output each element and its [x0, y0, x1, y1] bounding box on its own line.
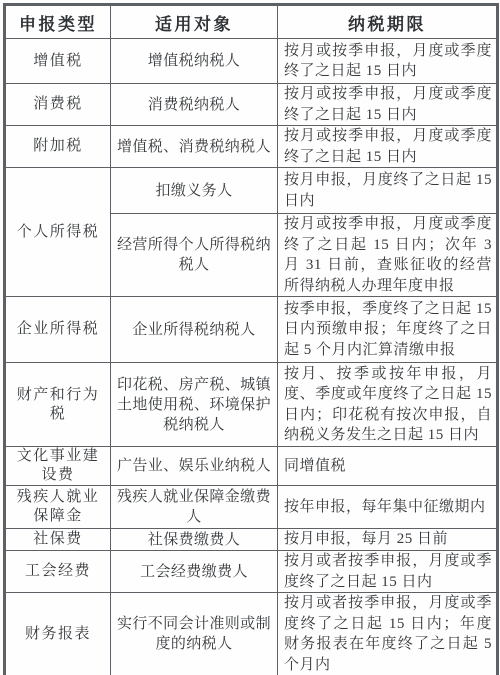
- cell-declaration-type: 财产和行为税: [5, 363, 111, 447]
- column-header-declaration-type: 申报类型: [5, 5, 111, 39]
- cell-tax-deadline: 按月或按季申报，月度或季度终了之日起 15 日内；次年 3 月 31 日前，查账…: [278, 214, 498, 297]
- cell-applicable-object: 工会经费缴费人: [111, 551, 278, 593]
- cell-declaration-type: 财务报表: [5, 593, 111, 675]
- cell-applicable-object: 实行不同会计准则或制度的纳税人: [111, 593, 278, 675]
- column-header-tax-deadline: 纳税期限: [278, 5, 498, 39]
- cell-tax-deadline: 按月、按季或按年申报，月度、季度或年度终了之日起 15 日内；印花税有按次申报，…: [278, 363, 498, 447]
- cell-applicable-object: 企业所得税纳税人: [111, 297, 278, 363]
- cell-tax-deadline: 按月或者按季申报，月度或季度终了之日起 15 日内: [278, 551, 498, 593]
- cell-applicable-object: 增值税、消费税纳税人: [111, 126, 278, 168]
- cell-declaration-type: 残疾人就业保障金: [5, 486, 111, 529]
- cell-applicable-object: 扣缴义务人: [111, 168, 278, 214]
- cell-tax-deadline: 按季申报，季度终了之日起 15 日内预缴申报；年度终了之日起 5 个月内汇算清缴…: [278, 297, 498, 363]
- table-row: 附加税 增值税、消费税纳税人 按月或按季申报，月度或季度终了之日起 15 日内: [5, 126, 498, 168]
- cell-applicable-object: 社保费缴费人: [111, 529, 278, 551]
- tax-filing-table: 申报类型 适用对象 纳税期限 增值税 增值税纳税人 按月或按季申报，月度或季度终…: [3, 3, 499, 675]
- table-row: 残疾人就业保障金 残疾人就业保障金缴费人 按年申报，每年集中征缴期内: [5, 486, 498, 529]
- cell-declaration-type: 企业所得税: [5, 297, 111, 363]
- table-row: 文化事业建设费 广告业、娱乐业纳税人 同增值税: [5, 447, 498, 486]
- cell-declaration-type: 工会经费: [5, 551, 111, 593]
- table-row: 个人所得税 扣缴义务人 按月申报，月度终了之日起 15 日内: [5, 168, 498, 214]
- cell-tax-deadline: 按月或按季申报，月度或季度终了之日起 15 日内: [278, 84, 498, 126]
- cell-declaration-type: 文化事业建设费: [5, 447, 111, 486]
- header-row: 申报类型 适用对象 纳税期限: [5, 5, 498, 39]
- cell-declaration-type: 附加税: [5, 126, 111, 168]
- cell-declaration-type: 个人所得税: [5, 168, 111, 297]
- cell-tax-deadline: 按年申报，每年集中征缴期内: [278, 486, 498, 529]
- cell-declaration-type: 社保费: [5, 529, 111, 551]
- table-row: 工会经费 工会经费缴费人 按月或者按季申报，月度或季度终了之日起 15 日内: [5, 551, 498, 593]
- cell-tax-deadline: 按月申报，每月 25 日前: [278, 529, 498, 551]
- table-row: 消费税 消费税纳税人 按月或按季申报，月度或季度终了之日起 15 日内: [5, 84, 498, 126]
- table-row: 增值税 增值税纳税人 按月或按季申报，月度或季度终了之日起 15 日内: [5, 39, 498, 84]
- cell-tax-deadline: 按月或者按季申报，月度或季度终了之日起 15 日内；年度财务报表在年度终了之日起…: [278, 593, 498, 675]
- table-row: 企业所得税 企业所得税纳税人 按季申报，季度终了之日起 15 日内预缴申报；年度…: [5, 297, 498, 363]
- cell-applicable-object: 消费税纳税人: [111, 84, 278, 126]
- document-page: 申报类型 适用对象 纳税期限 增值税 增值税纳税人 按月或按季申报，月度或季度终…: [0, 0, 500, 675]
- table-row: 财产和行为税 印花税、房产税、城镇土地使用税、环境保护税纳税人 按月、按季或按年…: [5, 363, 498, 447]
- cell-applicable-object: 印花税、房产税、城镇土地使用税、环境保护税纳税人: [111, 363, 278, 447]
- table-row: 财务报表 实行不同会计准则或制度的纳税人 按月或者按季申报，月度或季度终了之日起…: [5, 593, 498, 675]
- cell-applicable-object: 增值税纳税人: [111, 39, 278, 84]
- cell-declaration-type: 消费税: [5, 84, 111, 126]
- cell-applicable-object: 残疾人就业保障金缴费人: [111, 486, 278, 529]
- table-row: 社保费 社保费缴费人 按月申报，每月 25 日前: [5, 529, 498, 551]
- cell-applicable-object: 经营所得个人所得税纳税人: [111, 214, 278, 297]
- cell-tax-deadline: 按月或按季申报，月度或季度终了之日起 15 日内: [278, 39, 498, 84]
- cell-tax-deadline: 同增值税: [278, 447, 498, 486]
- column-header-applicable-object: 适用对象: [111, 5, 278, 39]
- cell-applicable-object: 广告业、娱乐业纳税人: [111, 447, 278, 486]
- cell-tax-deadline: 按月申报，月度终了之日起 15 日内: [278, 168, 498, 214]
- cell-declaration-type: 增值税: [5, 39, 111, 84]
- cell-tax-deadline: 按月或按季申报，月度或季度终了之日起 15 日内: [278, 126, 498, 168]
